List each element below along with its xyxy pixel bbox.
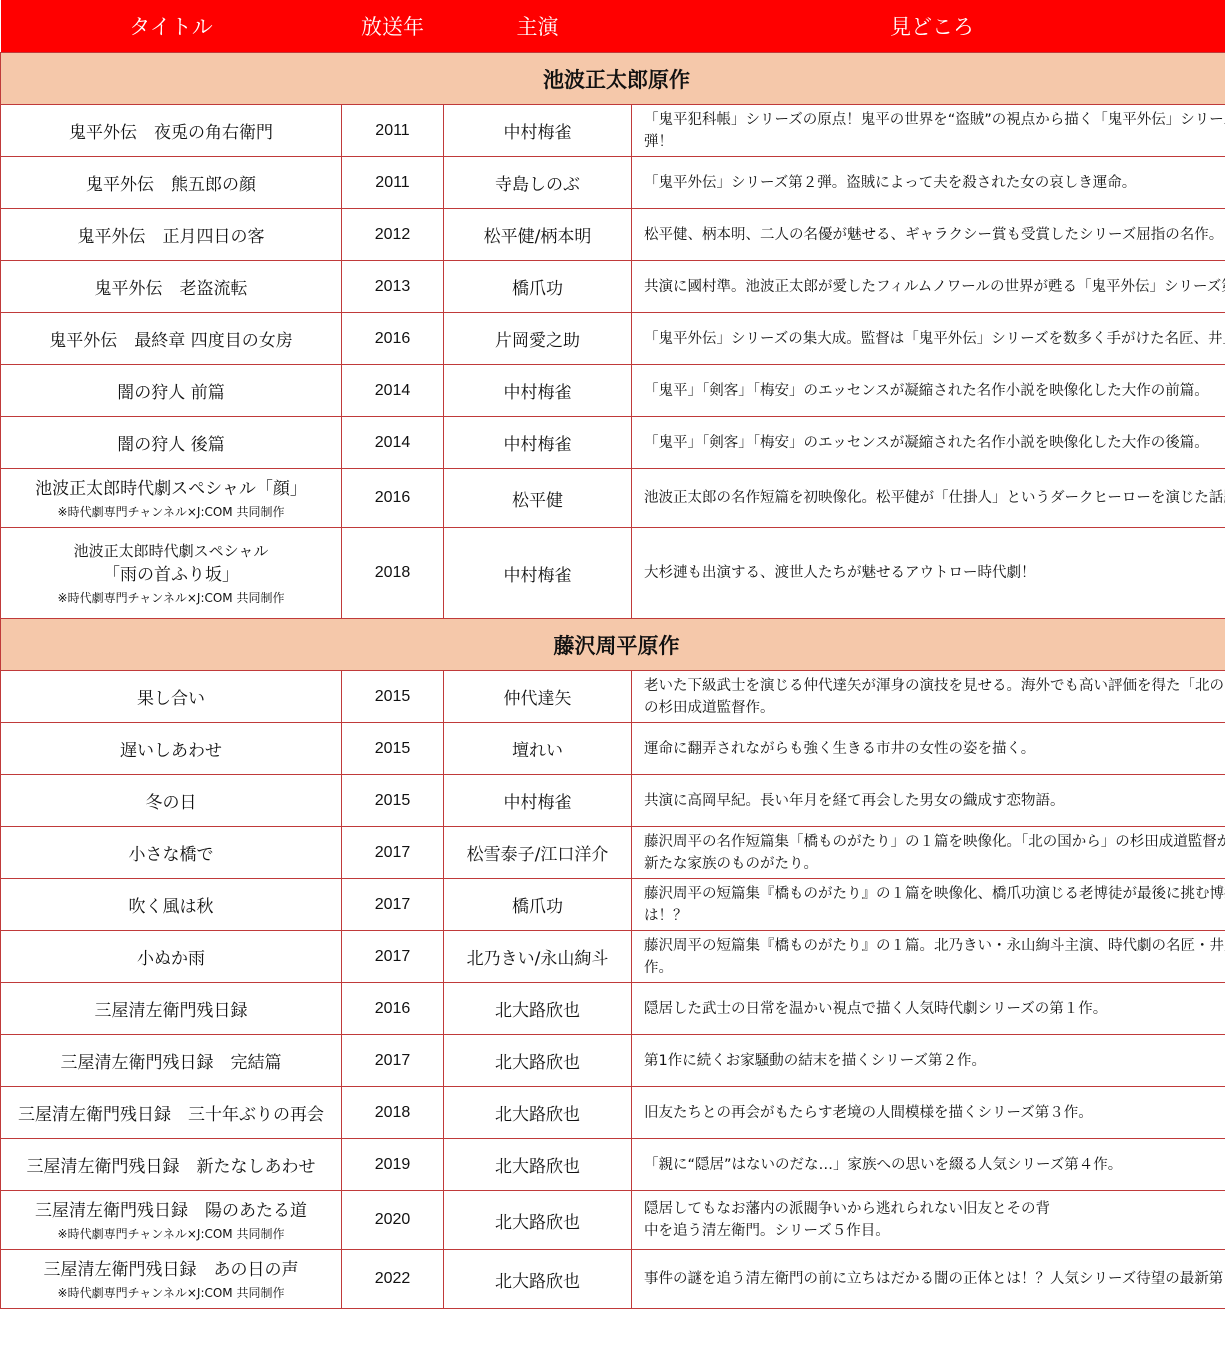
highlight-text: 運命に翻弄されながらも強く生きる市井の女性の姿を描く。 — [644, 738, 1225, 760]
title-text: 三屋清左衛門残日録 あの日の声 — [1, 1257, 341, 1283]
section-row: 池波正太郎原作 — [1, 53, 1225, 105]
coproduction-note: ※時代劇専門チャンネル×J:COM 共同制作 — [1, 1285, 341, 1301]
highlight-cell: 「鬼平」「剣客」「梅安」のエッセンスが凝縮された名作小説を映像化した大作の前篇。 — [632, 365, 1225, 417]
year-cell: 2012 — [342, 209, 444, 261]
title-cell: 三屋清左衛門残日録 あの日の声 ※時代劇専門チャンネル×J:COM 共同制作 — [1, 1250, 342, 1309]
cast-cell: 松平健 — [444, 469, 632, 528]
header-year: 放送年 — [342, 0, 444, 53]
highlight-cell: 事件の謎を追う清左衛門の前に立ちはだかる闇の正体とは！？人気シリーズ待望の最新第… — [632, 1250, 1225, 1309]
cast-cell: 仲代達矢 — [444, 671, 632, 723]
year-cell: 2013 — [342, 261, 444, 313]
year-cell: 2019 — [342, 1139, 444, 1191]
table-row: 三屋清左衛門残日録 あの日の声 ※時代劇専門チャンネル×J:COM 共同制作 2… — [1, 1250, 1225, 1309]
table-row: 鬼平外伝 最終章 四度目の女房 2016 片岡愛之助 「鬼平外伝」シリーズの集大… — [1, 313, 1225, 365]
cast-cell: 北大路欣也 — [444, 983, 632, 1035]
table-row: 遅いしあわせ 2015 壇れい 運命に翻弄されながらも強く生きる市井の女性の姿を… — [1, 723, 1225, 775]
highlight-text: 共演に高岡早紀。長い年月を経て再会した男女の織成す恋物語。 — [644, 790, 1225, 812]
cast-cell: 中村梅雀 — [444, 417, 632, 469]
highlight-cell: 共演に國村準。池波正太郎が愛したフィルムノワールの世界が甦る「鬼平外伝」シリーズ… — [632, 261, 1225, 313]
highlight-cell: 大杉漣も出演する、渡世人たちが魅せるアウトロー時代劇！ — [632, 528, 1225, 619]
cast-cell: 片岡愛之助 — [444, 313, 632, 365]
title-cell: 三屋清左衛門残日録 陽のあたる道 ※時代劇専門チャンネル×J:COM 共同制作 — [1, 1191, 342, 1250]
highlight-cell: 老いた下級武士を演じる仲代達矢が渾身の演技を見せる。海外でも高い評価を得た「北の… — [632, 671, 1225, 723]
cast-cell: 松平健/柄本明 — [444, 209, 632, 261]
table-row: 闇の狩人 前篇 2014 中村梅雀 「鬼平」「剣客」「梅安」のエッセンスが凝縮さ… — [1, 365, 1225, 417]
header-cast: 主演 — [444, 0, 632, 53]
title-cell: 小さな橋で — [1, 827, 342, 879]
cast-cell: 寺島しのぶ — [444, 157, 632, 209]
table-row: 鬼平外伝 熊五郎の顔 2011 寺島しのぶ 「鬼平外伝」シリーズ第２弾。盗賊によ… — [1, 157, 1225, 209]
title-cell: 遅いしあわせ — [1, 723, 342, 775]
year-cell: 2017 — [342, 931, 444, 983]
cast-cell: 橋爪功 — [444, 261, 632, 313]
highlight-text: 藤沢周平の短篇集『橋ものがたり』の１篇。北乃きい・永山絢斗主演、時代劇の名匠・井… — [644, 935, 1225, 979]
year-cell: 2015 — [342, 723, 444, 775]
highlight-cell: 「鬼平犯科帳」シリーズの原点！鬼平の世界を“盗賊”の視点から描く「鬼平外伝」シリ… — [632, 105, 1225, 157]
title-cell: 三屋清左衛門残日録 完結篇 — [1, 1035, 342, 1087]
table-row: 三屋清左衛門残日録 完結篇 2017 北大路欣也 第1作に続くお家騒動の結末を描… — [1, 1035, 1225, 1087]
table-row: 鬼平外伝 老盗流転 2013 橋爪功 共演に國村準。池波正太郎が愛したフィルムノ… — [1, 261, 1225, 313]
coproduction-note: ※時代劇専門チャンネル×J:COM 共同制作 — [1, 1226, 341, 1242]
table-row: 闇の狩人 後篇 2014 中村梅雀 「鬼平」「剣客」「梅安」のエッセンスが凝縮さ… — [1, 417, 1225, 469]
cast-cell: 壇れい — [444, 723, 632, 775]
cast-cell: 北大路欣也 — [444, 1139, 632, 1191]
year-cell: 2016 — [342, 983, 444, 1035]
title-cell: 鬼平外伝 最終章 四度目の女房 — [1, 313, 342, 365]
header-highlight: 見どころ — [632, 0, 1225, 53]
cast-cell: 中村梅雀 — [444, 528, 632, 619]
year-cell: 2017 — [342, 1035, 444, 1087]
table-row: 冬の日 2015 中村梅雀 共演に高岡早紀。長い年月を経て再会した男女の織成す恋… — [1, 775, 1225, 827]
year-cell: 2020 — [342, 1191, 444, 1250]
highlight-cell: 池波正太郎の名作短篇を初映像化。松平健が「仕掛人」というダークヒーローを演じた話… — [632, 469, 1225, 528]
table-row: 小さな橋で 2017 松雪泰子/江口洋介 藤沢周平の名作短篇集「橋ものがたり」の… — [1, 827, 1225, 879]
table-row: 三屋清左衛門残日録 陽のあたる道 ※時代劇専門チャンネル×J:COM 共同制作 … — [1, 1191, 1225, 1250]
table-row: 果し合い 2015 仲代達矢 老いた下級武士を演じる仲代達矢が渾身の演技を見せる… — [1, 671, 1225, 723]
header-row: タイトル 放送年 主演 見どころ — [1, 0, 1225, 53]
year-cell: 2016 — [342, 313, 444, 365]
year-cell: 2017 — [342, 879, 444, 931]
cast-cell: 北乃きい/永山絢斗 — [444, 931, 632, 983]
section-row: 藤沢周平原作 — [1, 619, 1225, 671]
title-cell: 吹く風は秋 — [1, 879, 342, 931]
highlight-text: 松平健、柄本明、二人の名優が魅せる、ギャラクシー賞も受賞したシリーズ屈指の名作。 — [644, 224, 1225, 246]
table-row: 三屋清左衛門残日録 新たなしあわせ 2019 北大路欣也 「親に“隠居”はないの… — [1, 1139, 1225, 1191]
year-cell: 2015 — [342, 775, 444, 827]
highlight-text: 「親に“隠居”はないのだな…」家族への思いを綴る人気シリーズ第４作。 — [644, 1154, 1225, 1176]
cast-cell: 北大路欣也 — [444, 1087, 632, 1139]
cast-cell: 中村梅雀 — [444, 775, 632, 827]
highlight-text: 「鬼平」「剣客」「梅安」のエッセンスが凝縮された名作小説を映像化した大作の前篇。 — [644, 380, 1225, 402]
table-row: 鬼平外伝 正月四日の客 2012 松平健/柄本明 松平健、柄本明、二人の名優が魅… — [1, 209, 1225, 261]
title-cell: 池波正太郎時代劇スペシャル 「雨の首ふり坂」 ※時代劇専門チャンネル×J:COM… — [1, 528, 342, 619]
cast-cell: 北大路欣也 — [444, 1191, 632, 1250]
title-cell: 鬼平外伝 老盗流転 — [1, 261, 342, 313]
highlight-text: 共演に國村準。池波正太郎が愛したフィルムノワールの世界が甦る「鬼平外伝」シリーズ… — [644, 276, 1225, 298]
highlight-cell: 「鬼平外伝」シリーズ第２弾。盗賊によって夫を殺された女の哀しき運命。 — [632, 157, 1225, 209]
year-cell: 2014 — [342, 365, 444, 417]
coproduction-note: ※時代劇専門チャンネル×J:COM 共同制作 — [1, 504, 341, 520]
highlight-text: 隠居してもなお藩内の派閥争いから逃れられない旧友とその背中を追う清左衛門。シリー… — [644, 1198, 1064, 1242]
highlight-cell: 藤沢周平の短篇集『橋ものがたり』の１篇を映像化、橋爪功演じる老博徒が最後に挑む博… — [632, 879, 1225, 931]
year-cell: 2018 — [342, 1087, 444, 1139]
highlight-text: 大杉漣も出演する、渡世人たちが魅せるアウトロー時代劇！ — [644, 562, 1225, 584]
highlight-cell: 「親に“隠居”はないのだな…」家族への思いを綴る人気シリーズ第４作。 — [632, 1139, 1225, 1191]
section-label: 池波正太郎原作 — [1, 53, 1225, 105]
section-label: 藤沢周平原作 — [1, 619, 1225, 671]
table-row: 池波正太郎時代劇スペシャル「顔」 ※時代劇専門チャンネル×J:COM 共同制作 … — [1, 469, 1225, 528]
highlight-text: 藤沢周平の名作短篇集「橋ものがたり」の１篇を映像化。「北の国から」の杉田成道監督… — [644, 831, 1225, 875]
title-cell: 小ぬか雨 — [1, 931, 342, 983]
title-text: 三屋清左衛門残日録 陽のあたる道 — [1, 1198, 341, 1224]
title-cell: 池波正太郎時代劇スペシャル「顔」 ※時代劇専門チャンネル×J:COM 共同制作 — [1, 469, 342, 528]
highlight-cell: 第1作に続くお家騒動の結末を描くシリーズ第２作。 — [632, 1035, 1225, 1087]
title-prefix: 池波正太郎時代劇スペシャル — [1, 540, 341, 562]
highlight-cell: 共演に高岡早紀。長い年月を経て再会した男女の織成す恋物語。 — [632, 775, 1225, 827]
table-row: 三屋清左衛門残日録 2016 北大路欣也 隠居した武士の日常を温かい視点で描く人… — [1, 983, 1225, 1035]
title-text: 「雨の首ふり坂」 — [1, 562, 341, 588]
title-cell: 三屋清左衛門残日録 新たなしあわせ — [1, 1139, 342, 1191]
highlight-cell: 藤沢周平の短篇集『橋ものがたり』の１篇。北乃きい・永山絢斗主演、時代劇の名匠・井… — [632, 931, 1225, 983]
year-cell: 2015 — [342, 671, 444, 723]
highlight-text: 事件の謎を追う清左衛門の前に立ちはだかる闇の正体とは！？人気シリーズ待望の最新第… — [644, 1268, 1225, 1290]
table-row: 三屋清左衛門残日録 三十年ぶりの再会 2018 北大路欣也 旧友たちとの再会がも… — [1, 1087, 1225, 1139]
highlight-text: 「鬼平外伝」シリーズ第２弾。盗賊によって夫を殺された女の哀しき運命。 — [644, 172, 1225, 194]
highlight-text: 隠居した武士の日常を温かい視点で描く人気時代劇シリーズの第１作。 — [644, 998, 1225, 1020]
year-cell: 2018 — [342, 528, 444, 619]
highlight-text: 池波正太郎の名作短篇を初映像化。松平健が「仕掛人」というダークヒーローを演じた話… — [644, 487, 1225, 509]
title-cell: 闇の狩人 前篇 — [1, 365, 342, 417]
highlight-cell: 隠居してもなお藩内の派閥争いから逃れられない旧友とその背中を追う清左衛門。シリー… — [632, 1191, 1225, 1250]
cast-cell: 松雪泰子/江口洋介 — [444, 827, 632, 879]
title-cell: 闇の狩人 後篇 — [1, 417, 342, 469]
highlight-cell: 運命に翻弄されながらも強く生きる市井の女性の姿を描く。 — [632, 723, 1225, 775]
year-cell: 2014 — [342, 417, 444, 469]
title-cell: 鬼平外伝 熊五郎の顔 — [1, 157, 342, 209]
title-cell: 鬼平外伝 正月四日の客 — [1, 209, 342, 261]
cast-cell: 北大路欣也 — [444, 1250, 632, 1309]
highlight-text: 「鬼平犯科帳」シリーズの原点！鬼平の世界を“盗賊”の視点から描く「鬼平外伝」シリ… — [644, 109, 1225, 153]
highlight-text: 旧友たちとの再会がもたらす老境の人間模様を描くシリーズ第３作。 — [644, 1102, 1225, 1124]
cast-cell: 橋爪功 — [444, 879, 632, 931]
header-title: タイトル — [1, 0, 342, 53]
highlight-cell: 藤沢周平の名作短篇集「橋ものがたり」の１篇を映像化。「北の国から」の杉田成道監督… — [632, 827, 1225, 879]
title-text: 池波正太郎時代劇スペシャル「顔」 — [1, 476, 341, 502]
table-row: 小ぬか雨 2017 北乃きい/永山絢斗 藤沢周平の短篇集『橋ものがたり』の１篇。… — [1, 931, 1225, 983]
highlight-text: 藤沢周平の短篇集『橋ものがたり』の１篇を映像化、橋爪功演じる老博徒が最後に挑む博… — [644, 883, 1225, 927]
title-cell: 三屋清左衛門残日録 — [1, 983, 342, 1035]
title-cell: 鬼平外伝 夜兎の角右衛門 — [1, 105, 342, 157]
drama-table: タイトル 放送年 主演 見どころ 池波正太郎原作 鬼平外伝 夜兎の角右衛門 20… — [0, 0, 1225, 1309]
year-cell: 2011 — [342, 157, 444, 209]
coproduction-note: ※時代劇専門チャンネル×J:COM 共同制作 — [1, 590, 341, 606]
highlight-text: 第1作に続くお家騒動の結末を描くシリーズ第２作。 — [644, 1050, 1225, 1072]
cast-cell: 中村梅雀 — [444, 365, 632, 417]
highlight-cell: 「鬼平」「剣客」「梅安」のエッセンスが凝縮された名作小説を映像化した大作の後篇。 — [632, 417, 1225, 469]
table-row: 鬼平外伝 夜兎の角右衛門 2011 中村梅雀 「鬼平犯科帳」シリーズの原点！鬼平… — [1, 105, 1225, 157]
cast-cell: 北大路欣也 — [444, 1035, 632, 1087]
table-row: 池波正太郎時代劇スペシャル 「雨の首ふり坂」 ※時代劇専門チャンネル×J:COM… — [1, 528, 1225, 619]
highlight-text: 「鬼平」「剣客」「梅安」のエッセンスが凝縮された名作小説を映像化した大作の後篇。 — [644, 432, 1225, 454]
year-cell: 2016 — [342, 469, 444, 528]
year-cell: 2017 — [342, 827, 444, 879]
highlight-cell: 「鬼平外伝」シリーズの集大成。監督は「鬼平外伝」シリーズを数多く手がけた名匠、井… — [632, 313, 1225, 365]
title-cell: 三屋清左衛門残日録 三十年ぶりの再会 — [1, 1087, 342, 1139]
highlight-cell: 旧友たちとの再会がもたらす老境の人間模様を描くシリーズ第３作。 — [632, 1087, 1225, 1139]
title-cell: 冬の日 — [1, 775, 342, 827]
table-row: 吹く風は秋 2017 橋爪功 藤沢周平の短篇集『橋ものがたり』の１篇を映像化、橋… — [1, 879, 1225, 931]
highlight-cell: 隠居した武士の日常を温かい視点で描く人気時代劇シリーズの第１作。 — [632, 983, 1225, 1035]
year-cell: 2011 — [342, 105, 444, 157]
highlight-text: 老いた下級武士を演じる仲代達矢が渾身の演技を見せる。海外でも高い評価を得た「北の… — [644, 675, 1225, 719]
cast-cell: 中村梅雀 — [444, 105, 632, 157]
year-cell: 2022 — [342, 1250, 444, 1309]
highlight-cell: 松平健、柄本明、二人の名優が魅せる、ギャラクシー賞も受賞したシリーズ屈指の名作。 — [632, 209, 1225, 261]
title-cell: 果し合い — [1, 671, 342, 723]
highlight-text: 「鬼平外伝」シリーズの集大成。監督は「鬼平外伝」シリーズを数多く手がけた名匠、井… — [644, 328, 1225, 350]
